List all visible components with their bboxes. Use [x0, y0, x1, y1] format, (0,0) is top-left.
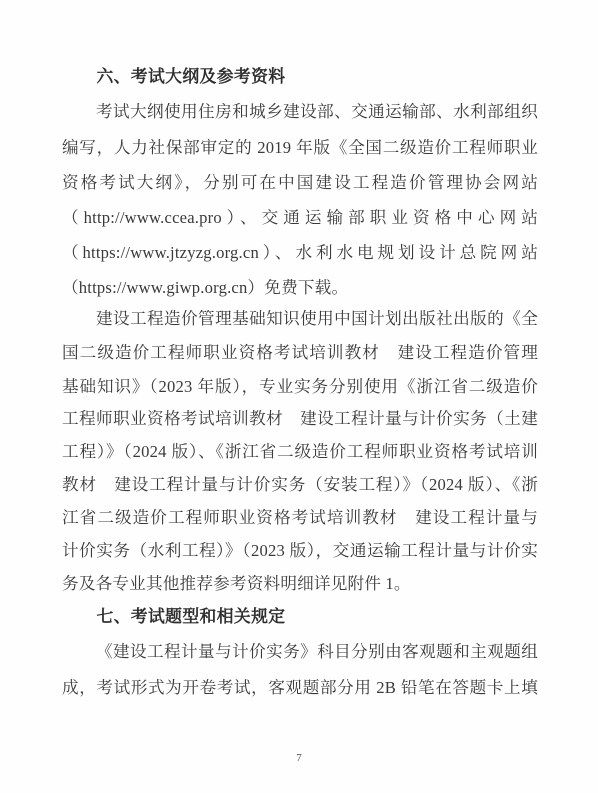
text-line-url-ccea: （http://www.ccea.pro）、交通运输部职业资格中心网站 — [62, 207, 538, 228]
section-heading-exam-syllabus: 六、考试大纲及参考资料 — [62, 66, 538, 87]
text-line: 教材 建设工程计量与计价实务（安装工程）》（2024 版）、《浙 — [62, 474, 538, 495]
text-line: 编写，人力社保部审定的 2019 年版《全国二级造价工程师职业 — [62, 137, 538, 158]
text-line: 工程）》（2024 版）、《浙江省二级造价工程师职业资格考试培训 — [62, 441, 538, 462]
text-line-url-giwp: （https://www.giwp.org.cn）免费下载。 — [62, 277, 538, 298]
text-line: 江省二级造价工程师职业资格考试培训教材 建设工程计量与 — [62, 507, 538, 528]
text-line: 工程师职业资格考试培训教材 建设工程计量与计价实务（土建 — [62, 408, 538, 429]
text-line: 务及各专业其他推荐参考资料明细详见附件 1。 — [62, 573, 538, 594]
text-line: 国二级造价工程师职业资格考试培训教材 建设工程造价管理 — [62, 342, 538, 363]
section-heading-exam-format: 七、考试题型和相关规定 — [62, 606, 538, 627]
page-number: 7 — [0, 752, 598, 764]
document-page: 六、考试大纲及参考资料 考试大纲使用住房和城乡建设部、交通运输部、水利部组织 编… — [0, 0, 598, 793]
text-line-url-jtzyzg: （https://www.jtzyzg.org.cn）、水利水电规划设计总院网站 — [62, 242, 538, 263]
text-line: 基础知识》（2023 年版），专业实务分别使用《浙江省二级造价 — [62, 376, 538, 397]
text-line: 考试大纲使用住房和城乡建设部、交通运输部、水利部组织 — [62, 101, 538, 122]
text-line: 资格考试大纲》，分别可在中国建设工程造价管理协会网站 — [62, 172, 538, 193]
text-line: 建设工程造价管理基础知识使用中国计划出版社出版的《全 — [62, 308, 538, 329]
text-line: 《建设工程计量与计价实务》科目分别由客观题和主观题组 — [62, 641, 538, 662]
text-line: 计价实务（水利工程）》（2023 版），交通运输工程计量与计价实 — [62, 540, 538, 561]
text-line: 成，考试形式为开卷考试，客观题部分用 2B 铅笔在答题卡上填 — [62, 677, 538, 698]
